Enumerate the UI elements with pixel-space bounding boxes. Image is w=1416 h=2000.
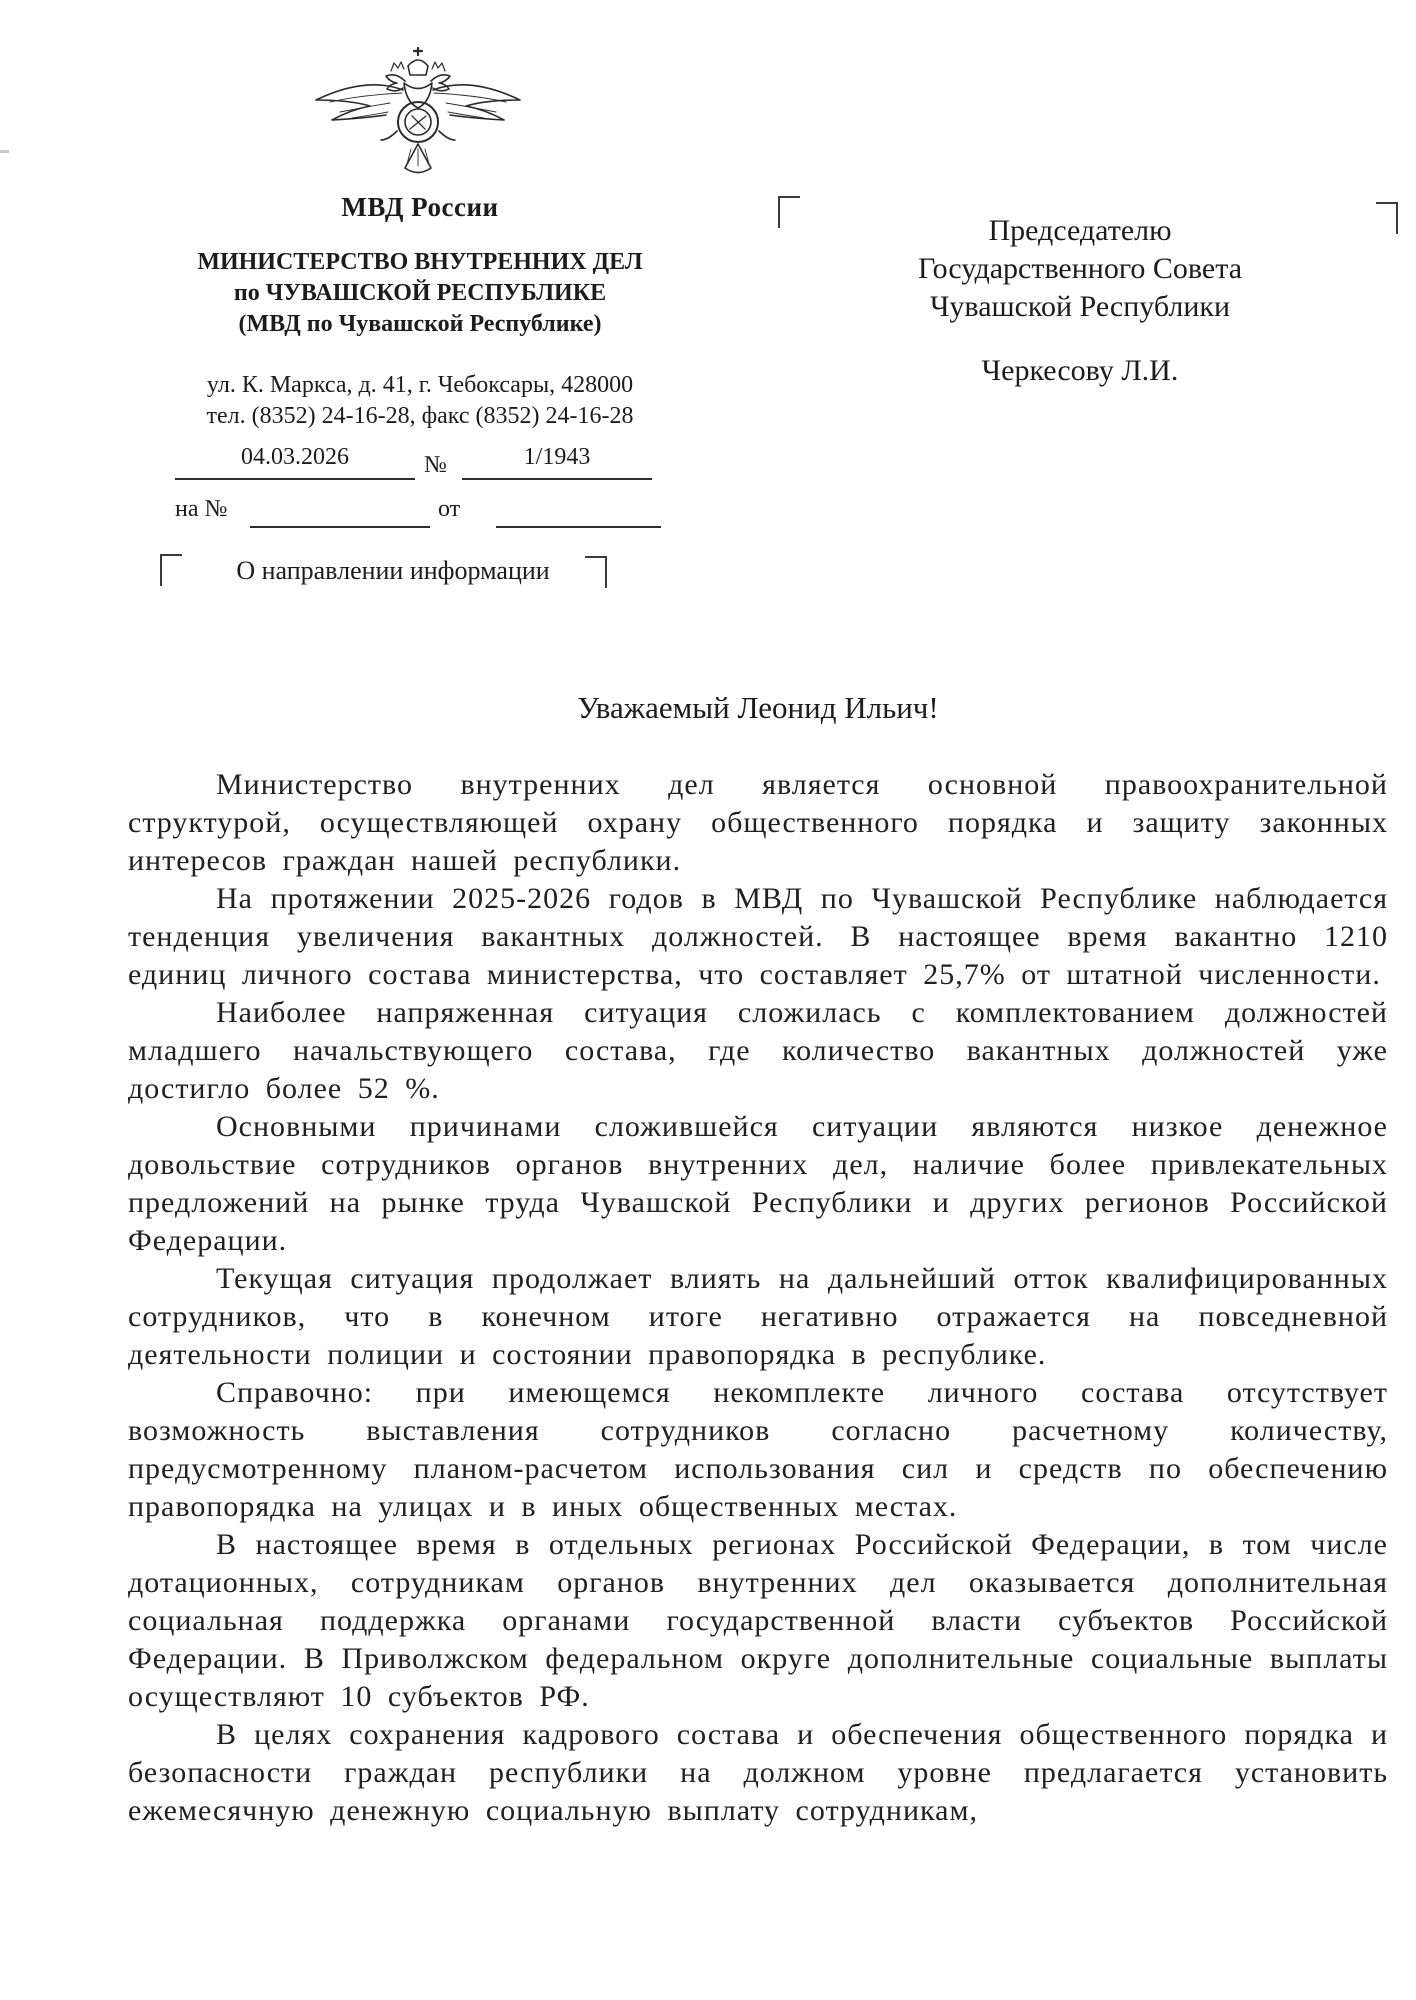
mvd-eagle-emblem-icon [308,46,528,180]
in-reply-date-label: от [438,496,460,523]
number-sign-label: № [424,452,447,479]
subject-corner-mark-right [585,556,607,588]
subject-line: О направлении информации [198,556,588,586]
outgoing-number-field: 1/1943 [462,444,652,480]
org-phone: тел. (8352) 24-16-28, факс (8352) 24-16-… [165,401,675,432]
recipient-corner-mark-left [778,196,800,228]
scan-artifact [0,150,9,153]
recipient-title-line-1: Председателю [875,212,1285,250]
in-reply-date-blank [496,496,661,528]
salutation: Уважаемый Леонид Ильич! [128,690,1388,726]
recipient-block: Председателю Государственного Совета Чув… [875,212,1285,390]
body-paragraph: Наиболее напряженная ситуация сложилась … [128,994,1388,1108]
org-name-line-1: МИНИСТЕРСТВО ВНУТРЕННИХ ДЕЛ [165,247,675,278]
letter-body: Уважаемый Леонид Ильич! Министерство вну… [128,690,1388,1830]
org-name-line-2: по ЧУВАШСКОЙ РЕСПУБЛИКЕ [165,278,675,309]
in-reply-number-blank [250,496,430,528]
body-paragraph: Министерство внутренних дел является осн… [128,766,1388,880]
org-name-line-3: (МВД по Чувашской Республике) [165,309,675,340]
body-paragraph: Текущая ситуация продолжает влиять на да… [128,1260,1388,1374]
body-paragraph: На протяжении 2025-2026 годов в МВД по Ч… [128,880,1388,994]
org-short-name: МВД России [165,192,675,223]
body-paragraph: Справочно: при имеющемся некомплекте лич… [128,1374,1388,1526]
org-full-name: МИНИСТЕРСТВО ВНУТРЕННИХ ДЕЛ по ЧУВАШСКОЙ… [165,247,675,340]
org-contacts: ул. К. Маркса, д. 41, г. Чебоксары, 4280… [165,370,675,432]
body-paragraph: Основными причинами сложившейся ситуации… [128,1108,1388,1260]
subject-corner-mark-left [160,554,182,586]
in-reply-to-label: на № [175,496,227,523]
recipient-corner-mark-right [1376,202,1398,234]
org-address: ул. К. Маркса, д. 41, г. Чебоксары, 4280… [165,370,675,401]
recipient-name: Черкесову Л.И. [875,352,1285,390]
letterhead: МВД России МИНИСТЕРСТВО ВНУТРЕННИХ ДЕЛ п… [165,192,675,432]
body-paragraph: В настоящее время в отдельных регионах Р… [128,1526,1388,1716]
outgoing-date-field: 04.03.2026 [175,444,415,480]
scanned-letter-page: МВД России МИНИСТЕРСТВО ВНУТРЕННИХ ДЕЛ п… [0,0,1416,2000]
body-paragraph: В целях сохранения кадрового состава и о… [128,1716,1388,1830]
recipient-title-line-2: Государственного Совета [875,250,1285,288]
recipient-title-line-3: Чувашской Республики [875,288,1285,326]
